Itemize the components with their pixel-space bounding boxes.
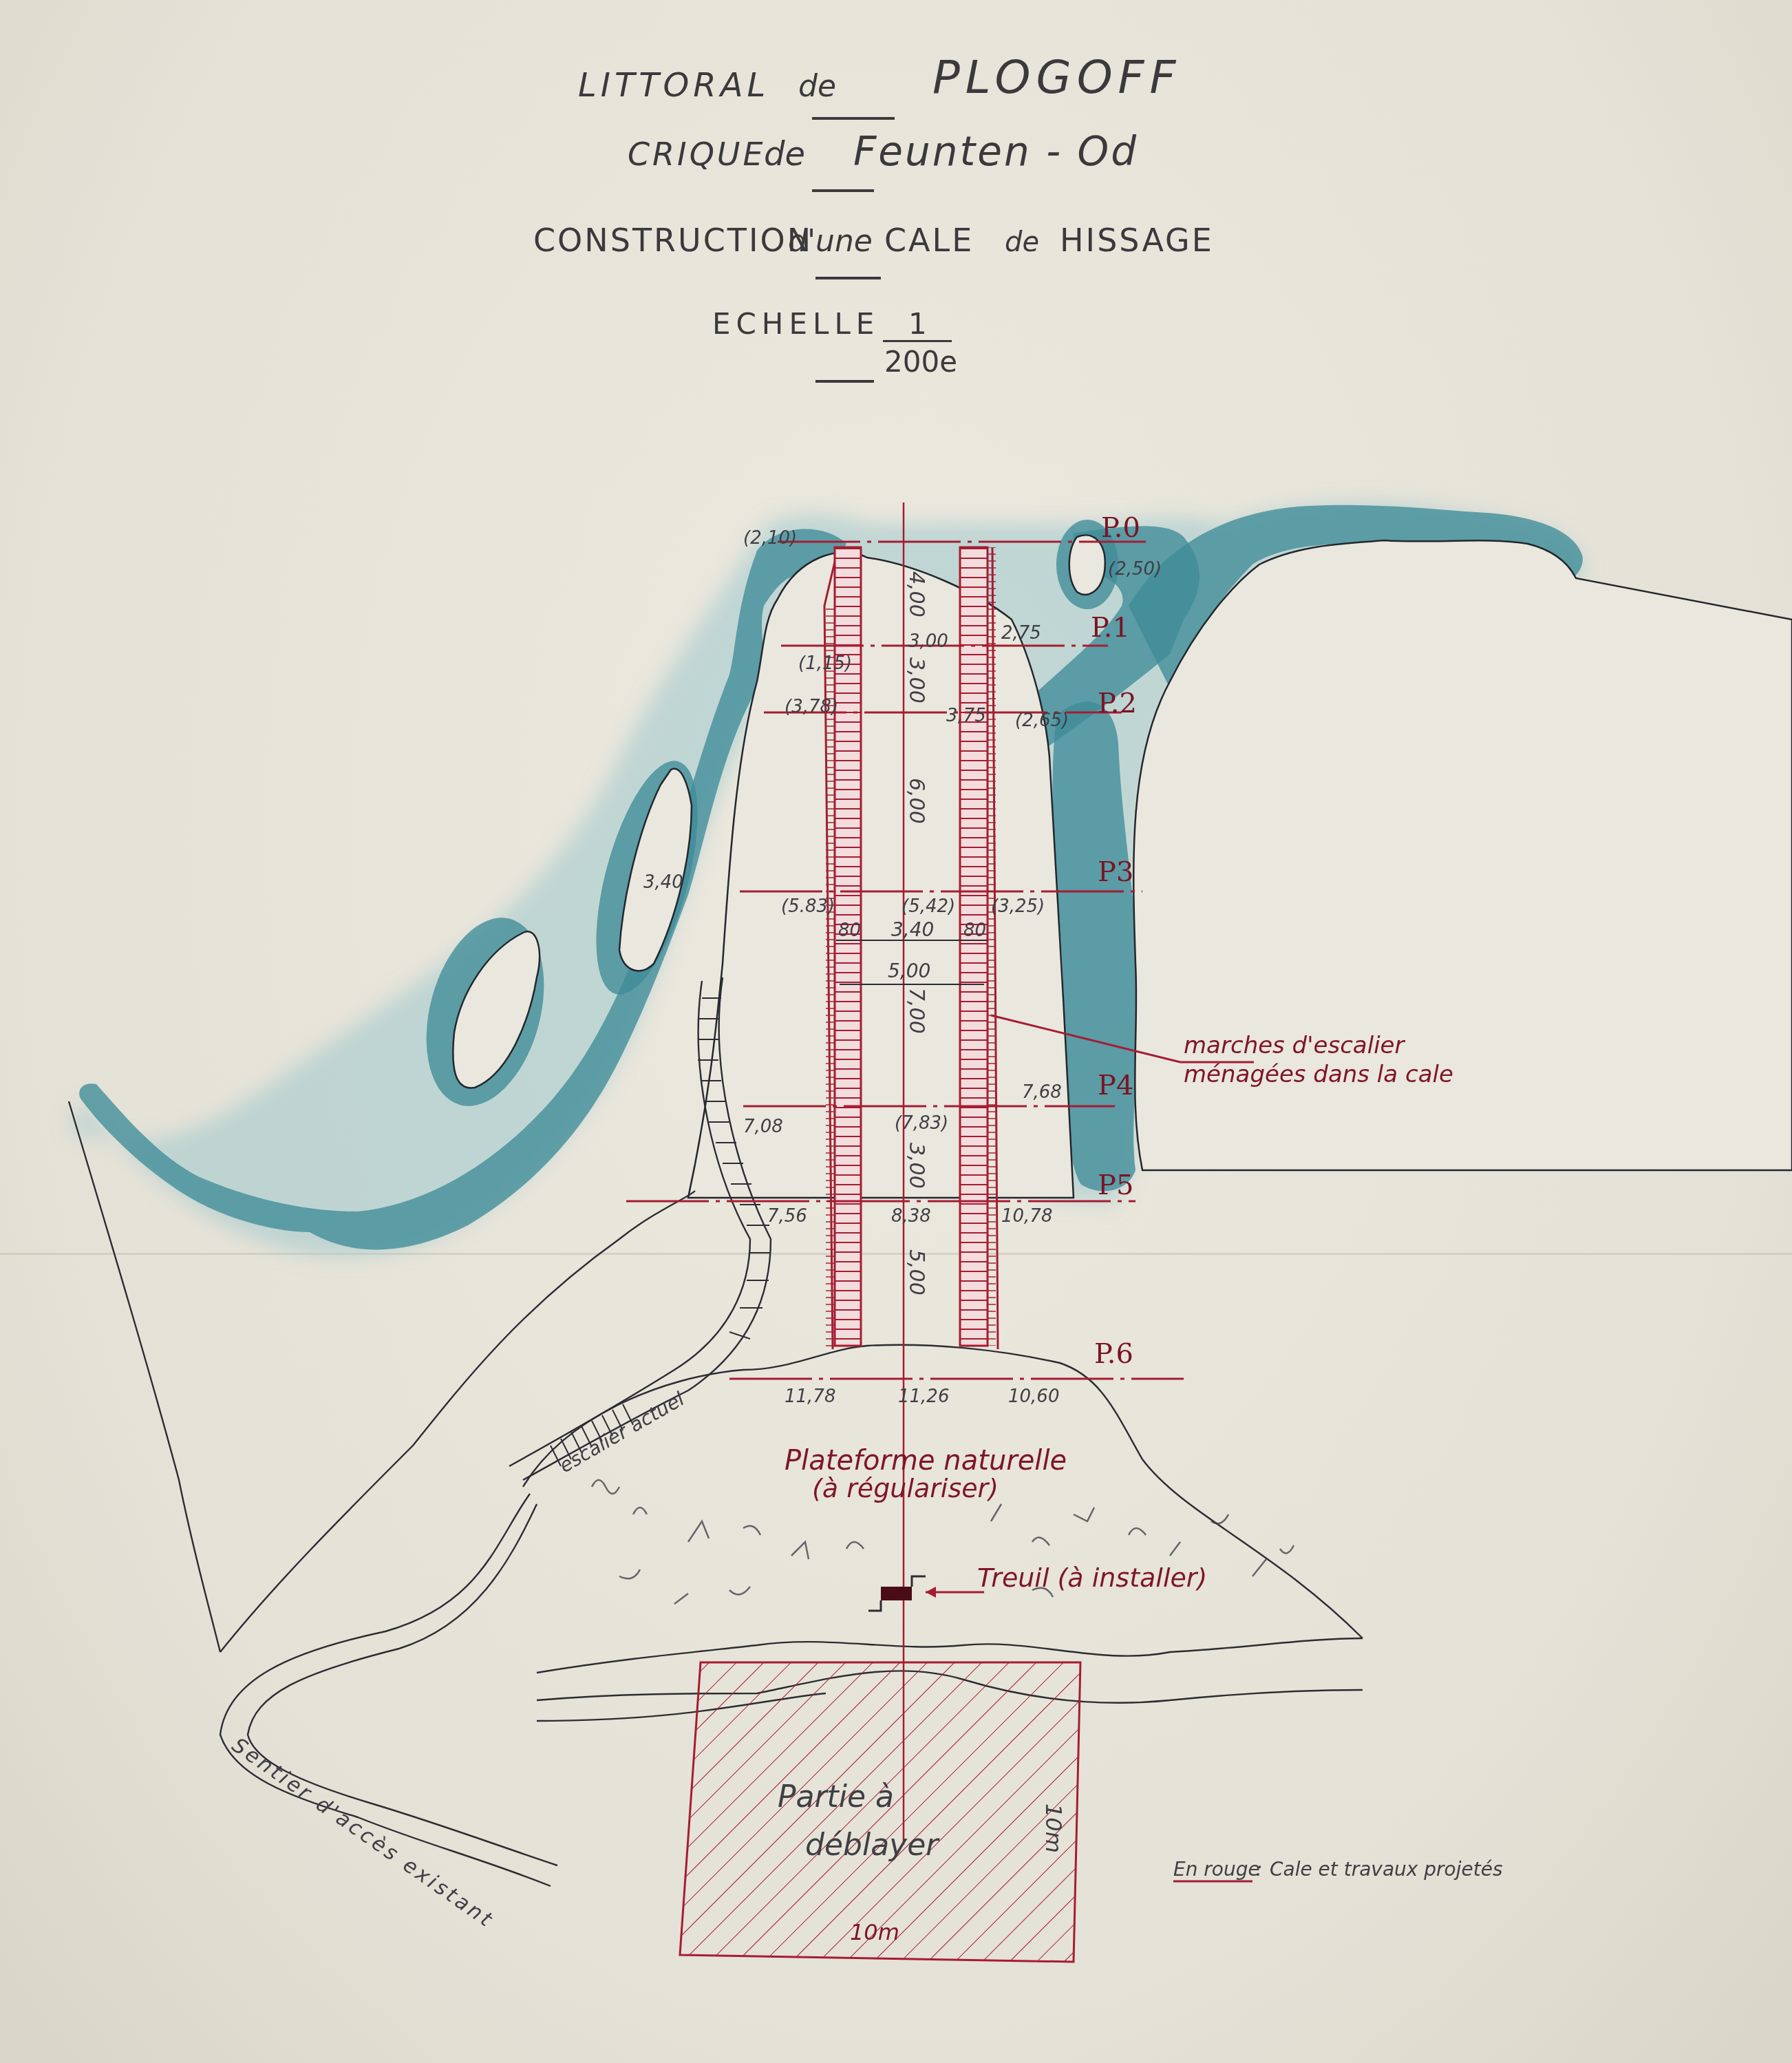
scale-numerator: 1 bbox=[908, 307, 927, 341]
elev-p5-center: 8,38 bbox=[891, 1206, 931, 1227]
legend-separator: : bbox=[1256, 1858, 1262, 1881]
clear-area-depth: 10m bbox=[1041, 1803, 1067, 1853]
stairs-label-line2: ménagées dans la cale bbox=[1184, 1061, 1453, 1088]
title-cale: CALE bbox=[884, 222, 974, 259]
legend-text: Cale et travaux projetés bbox=[1270, 1858, 1503, 1881]
segment-length-0: 4,00 bbox=[904, 571, 928, 617]
elev-p6-left: 11,78 bbox=[785, 1386, 835, 1407]
right-steps-band bbox=[960, 547, 988, 1346]
elev-p6-right: 10,60 bbox=[1008, 1386, 1059, 1407]
scale-fraction-bar bbox=[883, 340, 952, 342]
elev-p4-left: 7,08 bbox=[743, 1117, 783, 1137]
segment-length-3: 7,00 bbox=[904, 988, 928, 1034]
legend: En rouge : Cale et travaux projetés bbox=[1173, 1858, 1503, 1881]
profile-id-p0: P.0 bbox=[1101, 512, 1140, 544]
width-total: 5,00 bbox=[888, 960, 930, 982]
elev-p4-center: (7,83) bbox=[895, 1113, 948, 1134]
scale-denominator: 200e bbox=[884, 345, 957, 379]
profile-id-p4: P4 bbox=[1098, 1070, 1133, 1101]
profile-id-p6: P.6 bbox=[1094, 1338, 1133, 1370]
profile-id-p2: P.2 bbox=[1098, 688, 1137, 719]
title-littoral: LITTORAL bbox=[578, 66, 769, 105]
platform-label-line1: Plateforme naturelle bbox=[785, 1445, 1067, 1477]
elev-p4-right: 7,68 bbox=[1022, 1082, 1062, 1103]
scale-label: ECHELLE bbox=[712, 307, 879, 341]
elev-p3-center: (5,42) bbox=[902, 896, 955, 917]
title-construction: CONSTRUCTION bbox=[533, 222, 813, 259]
width-step-right: 80 bbox=[963, 920, 986, 941]
title-crique: CRIQUE bbox=[628, 136, 766, 173]
title-rule-2 bbox=[812, 189, 874, 192]
clear-area: Partie à déblayer 10m 10m bbox=[680, 1662, 1080, 1962]
profile-id-p1: P.1 bbox=[1091, 612, 1130, 644]
width-inner: 3,40 bbox=[891, 918, 934, 941]
elev-p1-left: (1,15) bbox=[798, 653, 852, 674]
segment-length-2: 6,00 bbox=[904, 778, 928, 824]
left-tick-strip bbox=[826, 606, 835, 1349]
elev-p1-center: 3,00 bbox=[908, 631, 948, 652]
elev-p3-right: (3,25) bbox=[991, 896, 1045, 917]
title-block: LITTORAL de PLOGOFF CRIQUE de Feunten - … bbox=[533, 51, 1214, 383]
clear-area-label-line1: Partie à bbox=[778, 1779, 894, 1815]
title-rule-3 bbox=[815, 277, 881, 279]
elev-p5-left: 7,56 bbox=[767, 1206, 807, 1227]
plan-sheet: LITTORAL de PLOGOFF CRIQUE de Feunten - … bbox=[0, 0, 1792, 2063]
access-path-label: Sentier d'accès existant bbox=[227, 1733, 498, 1933]
profile-id-p3: P3 bbox=[1098, 856, 1133, 888]
island-elevation: 3,40 bbox=[643, 872, 683, 893]
title-de-2: de bbox=[764, 135, 805, 173]
legend-key: En rouge bbox=[1173, 1858, 1260, 1881]
title-de-3: de bbox=[1005, 226, 1039, 258]
winch-icon bbox=[881, 1587, 912, 1600]
right-tick-strip bbox=[988, 547, 996, 1346]
title-rule-4 bbox=[815, 380, 874, 383]
clear-area-width: 10m bbox=[850, 1919, 899, 1945]
segment-length-5: 5,00 bbox=[904, 1249, 928, 1295]
segment-length-4: 3,00 bbox=[904, 1143, 928, 1189]
elev-p5-right: 10,78 bbox=[1001, 1206, 1052, 1227]
elev-p1-right: 2,75 bbox=[1001, 623, 1041, 644]
platform-label-line2: (à régulariser) bbox=[812, 1473, 999, 1503]
profile-id-p5: P5 bbox=[1098, 1170, 1133, 1201]
winch-label: Treuil (à installer) bbox=[977, 1563, 1207, 1593]
elev-p2-right: (2,65) bbox=[1015, 710, 1069, 731]
elev-p0-right: (2,50) bbox=[1108, 559, 1162, 580]
elev-p0-left: (2,10) bbox=[743, 528, 797, 549]
title-hissage: HISSAGE bbox=[1060, 222, 1214, 259]
title-dune: d'une bbox=[788, 224, 873, 259]
title-de-1: de bbox=[798, 69, 836, 104]
stairs-label-line1: marches d'escalier bbox=[1184, 1032, 1406, 1059]
title-feunten-od: Feunten - Od bbox=[853, 128, 1138, 175]
elev-p6-center: 11,26 bbox=[898, 1386, 949, 1407]
winch: Treuil (à installer) bbox=[868, 1563, 1207, 1611]
segment-length-1: 3,00 bbox=[904, 657, 928, 703]
title-rule-1 bbox=[812, 117, 895, 120]
elev-p2-left: (3,78) bbox=[785, 697, 838, 717]
site-plan: LITTORAL de PLOGOFF CRIQUE de Feunten - … bbox=[0, 0, 1792, 2063]
elev-p2-center: 3,75 bbox=[946, 706, 986, 726]
elev-p3-left: (5.83) bbox=[781, 896, 835, 917]
clear-area-label-line2: déblayer bbox=[805, 1828, 940, 1863]
title-plogoff: PLOGOFF bbox=[932, 51, 1182, 104]
width-step-left: 80 bbox=[838, 920, 861, 941]
